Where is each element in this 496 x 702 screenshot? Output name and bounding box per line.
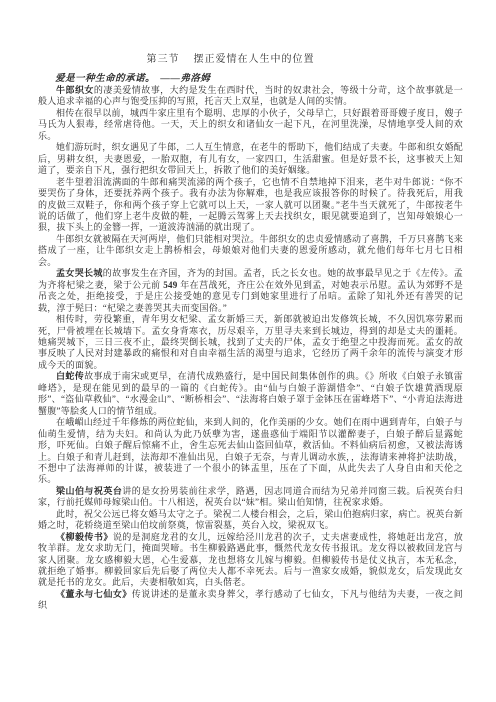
paragraph-text: 相传时，劳役繁重，青年男女杞梁、孟女新婚三天，新郎就被迫出发修筑长城，不久因饥寒… [38, 314, 463, 370]
paragraph-lead: 孟女哭长城 [56, 268, 103, 278]
paragraph-text: 此时，祝父公远已将女婚马太守之子。梁祝二人楼台相会，之后，梁山伯抱病归家，病亡。… [38, 509, 463, 530]
paragraph-mengnv-1: 孟女哭长城的故事发生在齐国，齐为的封国。孟者，氏之长女也。她的故事最早见之于《左… [38, 268, 463, 314]
paragraph-text: 故事成于南宋或更早，在清代成熟盛行，是中国民间集体创作的典。《》所收《白娘子永镇… [38, 371, 463, 415]
paragraph-lead: 牛郎织女 [56, 85, 94, 95]
paragraph-dongyong: 《董永与七仙女》传说讲述的是董永卖身葬父，孝行感动了七仙女，下凡与他结为夫妻，一… [38, 589, 463, 612]
paragraph-text: 她们游玩时，织女遇见了牛郎，二人互生情意，在老牛的帮助下，他们结成了夫妻。牛郎和… [38, 142, 463, 175]
paragraph-mengnv-2: 相传时，劳役繁重，青年男女杞梁、孟女新婚三天，新郎就被迫出发修筑长城，不久因饥寒… [38, 314, 463, 371]
paragraph-lead: 白蛇传 [56, 371, 84, 381]
paragraph-niulang-5: 牛郎织女就被隔在天河两岸，他们只能相对哭泣。牛郎织女的忠贞爱情感动了喜鹊，千万只… [38, 234, 463, 268]
paragraph-liangzhu-2: 此时，祝父公远已将女婚马太守之子。梁祝二人楼台相会，之后，梁山伯抱病归家，病亡。… [38, 509, 463, 532]
paragraph-lead: 《董永与七仙女》 [56, 589, 132, 599]
paragraph-niulang-2: 相传在很早以前，城西牛家庄里有个聪明、忠厚的小伙子，父母早亡，只好跟着哥哥嫂子度… [38, 108, 463, 142]
paragraph-lead: 《柳毅传书》 [56, 532, 113, 542]
year-549: 549 [163, 280, 177, 290]
paragraph-liuyi: 《柳毅传书》说的是洞庭龙君的女儿，远嫁给泾川龙君的次子，丈夫虐妻成性，将她赶出龙… [38, 532, 463, 589]
paragraph-text: 老牛望着泪流满面的牛郎和痛哭流涕的两个孩子，它也情不自禁地掉下泪来，老牛对牛郎说… [38, 177, 463, 233]
paragraph-niulang-4: 老牛望着泪流满面的牛郎和痛哭流涕的两个孩子，它也情不自禁地掉下泪来，老牛对牛郎说… [38, 177, 463, 234]
paragraph-text: 相传在很早以前，城西牛家庄里有个聪明、忠厚的小伙子，父母早亡，只好跟着哥哥嫂子度… [38, 108, 463, 141]
document-page: 第三节 摆正爱情在人生中的位置 爱是一种生命的承诺。 ——弗洛姆 牛郎织女的凄美… [0, 0, 496, 702]
paragraph-liangzhu-1: 梁山伯与祝英台讲的是女扮男装前往求学，路遇，因志同道合而结为兄弟并同窗三载。后祝… [38, 486, 463, 509]
paragraph-niulang-3: 她们游玩时，织女遇见了牛郎，二人互生情意，在老牛的帮助下，他们结成了夫妻。牛郎和… [38, 142, 463, 176]
paragraph-baishe-1: 白蛇传故事成于南宋或更早，在清代成熟盛行，是中国民间集体创作的典。《》所收《白娘… [38, 371, 463, 417]
paragraph-text: 在峨嵋山经过千年修炼的两位蛇仙，来到人间的，化作美丽的少女。她们在雨中遇到青年，… [38, 417, 463, 484]
paragraph-niulang-1: 牛郎织女的凄美爱情故事，大约是发生在西时代，当时的奴隶社会，等级十分苛，这个故事… [38, 85, 463, 108]
section-title: 第三节 摆正爱情在人生中的位置 [38, 50, 423, 65]
paragraph-text: 的凄美爱情故事，大约是发生在西时代，当时的奴隶社会，等级十分苛，这个故事就是一般… [38, 85, 463, 106]
paragraph-baishe-2: 在峨嵋山经过千年修炼的两位蛇仙，来到人间的，化作美丽的少女。她们在雨中遇到青年，… [38, 417, 463, 486]
paragraph-text: 牛郎织女就被隔在天河两岸，他们只能相对哭泣。牛郎织女的忠贞爱情感动了喜鹊，千万只… [38, 234, 463, 267]
epigraph: 爱是一种生命的承诺。 ——弗洛姆 [38, 70, 463, 84]
paragraph-lead: 梁山伯与祝英台 [56, 486, 122, 496]
